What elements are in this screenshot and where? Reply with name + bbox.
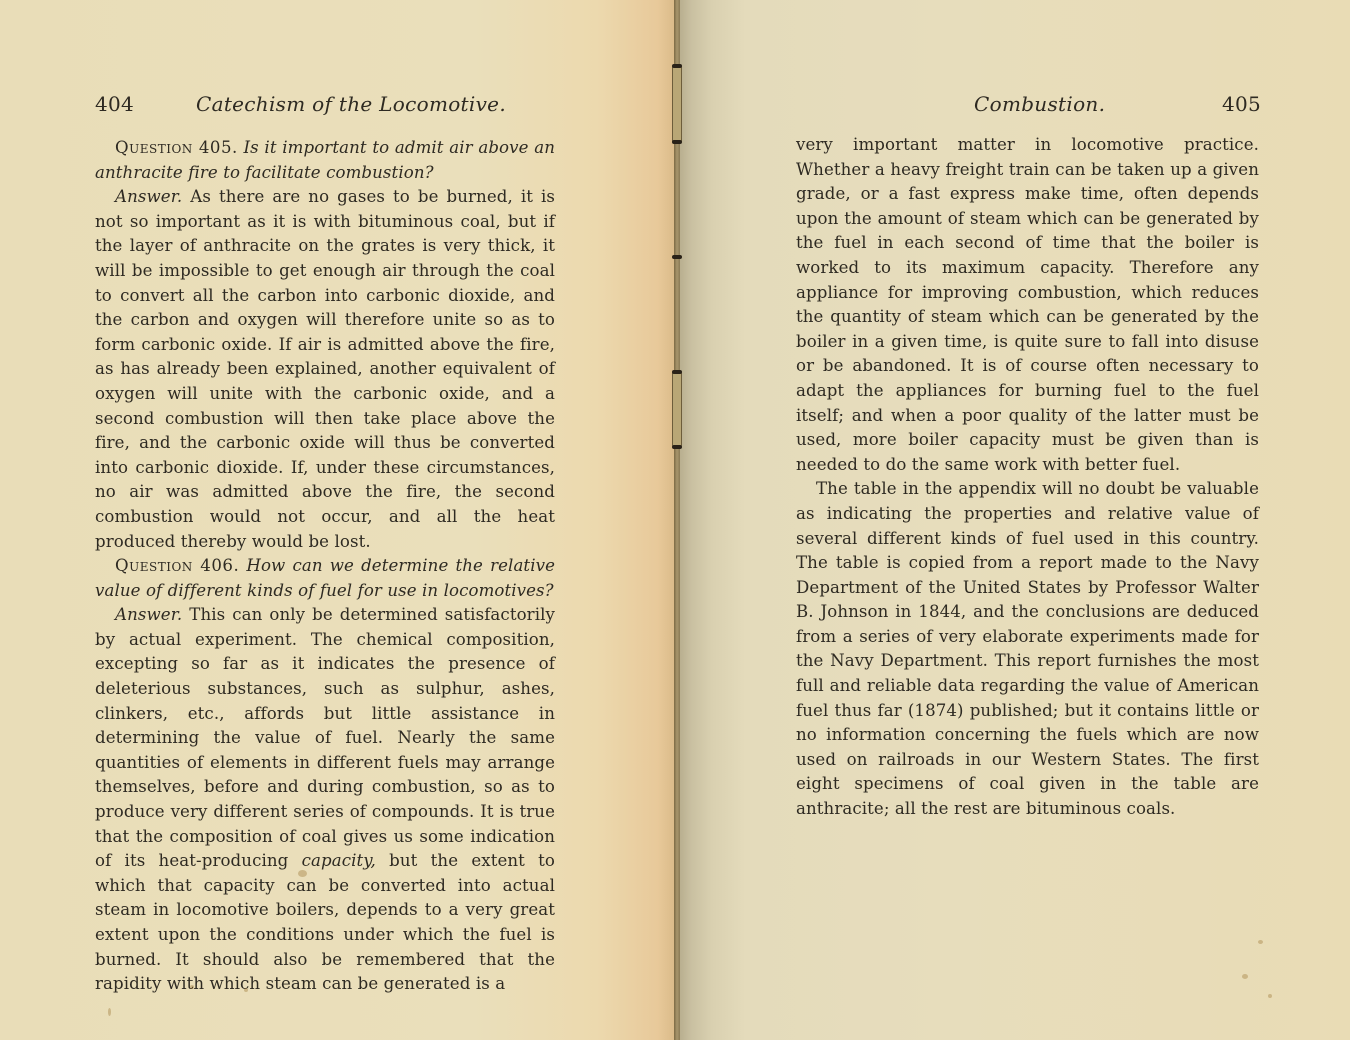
left-page-body: Question 405. Is it important to admit a… [95,136,555,997]
paper-stain [244,988,248,992]
paper-stain [298,870,307,877]
binding-thread [672,64,682,144]
binding-knot [672,370,682,374]
question-label: Question 406. [115,556,239,575]
paper-stain [1258,940,1263,944]
paper-stain [1242,974,1248,979]
binding-knot [672,255,682,259]
paper-stain [190,985,194,989]
binding-knot [672,64,682,68]
right-page-body: very important matter in locomotive prac… [796,133,1259,822]
right-running-head: Combustion. 405 [678,90,1350,120]
paragraph-table-appendix: The table in the appendix will no doubt … [796,477,1259,821]
running-title-left: Catechism of the Locomotive. [196,92,506,116]
paper-stain [1268,994,1272,998]
binding-thread [672,370,682,448]
answer-label: Answer. [115,187,182,206]
answer-405: Answer. As there are no gases to be burn… [95,185,555,554]
question-label: Question 405. [115,138,238,157]
right-page: Combustion. 405 very important matter in… [678,0,1350,1040]
left-running-head: 404 Catechism of the Locomotive. [0,90,678,120]
left-page: 404 Catechism of the Locomotive. Questio… [0,0,678,1040]
answer-emphasis: capacity, [302,851,376,870]
answer-text-part2: but the extent to which that capacity ca… [95,851,555,993]
answer-text-part1: This can only be determined satisfactori… [95,605,555,870]
question-406: Question 406. How can we determine the r… [95,554,555,603]
paper-stain [108,1008,111,1016]
running-title-right: Combustion. [974,92,1105,116]
question-405: Question 405. Is it important to admit a… [95,136,555,185]
answer-406: Answer. This can only be determined sati… [95,603,555,997]
book-gutter [674,0,680,1040]
paragraph-continued: very important matter in locomotive prac… [796,133,1259,477]
binding-knot [672,140,682,144]
answer-text: As there are no gases to be burned, it i… [95,187,555,550]
page-number-left: 404 [95,92,134,116]
page-number-right: 405 [1222,92,1261,116]
answer-label: Answer. [115,605,182,624]
binding-knot [672,445,682,449]
